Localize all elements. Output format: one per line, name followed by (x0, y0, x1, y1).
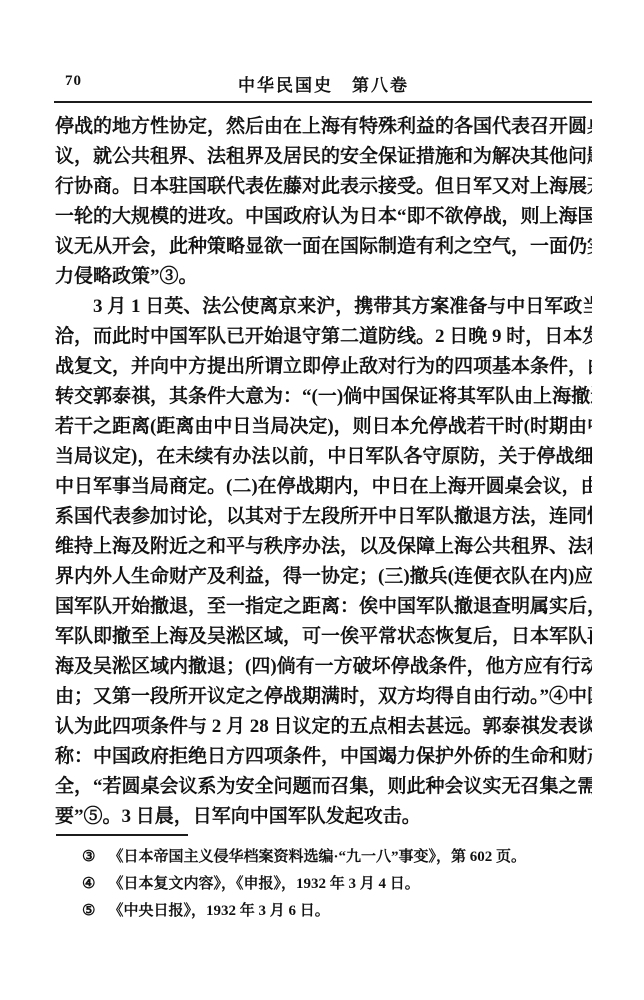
body-line: 洽，而此时中国军队已开始退守第二道防线。2 日晚 9 时，日本发出停 (55, 322, 592, 352)
body-line: 一轮的大规模的进攻。中国政府认为日本“即不欲停战，则上海国际会 (55, 202, 592, 232)
running-header: 70 中华民国史 第八卷 (55, 70, 592, 96)
page-number: 70 (65, 73, 82, 90)
footnotes: ③《日本帝国主义侵华档案资料选编·“九一八”事变》，第 602 页。 ④《日本复… (55, 844, 592, 925)
ink-speck-artifact (397, 78, 400, 81)
body-line: 由；又第一段所开议定之停战期满时，双方均得自由行动。”④中国当局 (55, 682, 592, 712)
body-text: 停战的地方性协定，然后由在上海有特殊利益的各国代表召开圆桌会 议，就公共租界、法… (55, 112, 592, 832)
footnote: ③《日本帝国主义侵华档案资料选编·“九一八”事变》，第 602 页。 (55, 844, 592, 871)
body-line: 维持上海及附近之和平与秩序办法，以及保障上海公共租界、法租界并 (55, 532, 592, 562)
body-line: 中日军事当局商定。(二)在停战期内，中日在上海开圆桌会议，由各关 (55, 472, 592, 502)
body-line: 议无从开会，此种策略显欲一面在国际制造有利之空气，一面仍实行武 (55, 232, 592, 262)
body-line: 停战的地方性协定，然后由在上海有特殊利益的各国代表召开圆桌会 (55, 112, 592, 142)
body-line: 海及吴淞区域内撤退；(四)倘有一方破坏停战条件，他方应有行动之自 (55, 652, 592, 682)
body-line: 称：中国政府拒绝日方四项条件，中国竭力保护外侨的生命和财产安 (55, 742, 592, 772)
body-line: 当局议定)，在未续有办法以前，中日军队各守原防，关于停战细目，由 (55, 442, 592, 472)
body-line: 议，就公共租界、法租界及居民的安全保证措施和为解决其他问题而进 (55, 142, 592, 172)
body-line: 要”⑤。3 日晨，日军向中国军队发起攻击。 (55, 802, 592, 832)
body-line: 转交郭泰祺，其条件大意为：“(一)倘中国保证将其军队由上海撤退至 (55, 382, 592, 412)
body-line: 力侵略政策”③。 (55, 262, 592, 292)
body-line: 认为此四项条件与 2 月 28 日议定的五点相去甚远。郭泰祺发表谈话 (55, 712, 592, 742)
body-line: 行协商。日本驻国联代表佐藤对此表示接受。但日军又对上海展开新 (55, 172, 592, 202)
body-line: 3 月 1 日英、法公使离京来沪，携带其方案准备与中日军政当局接 (55, 292, 592, 322)
running-title: 中华民国史 第八卷 (238, 71, 409, 96)
footnote-marker: ④ (82, 871, 95, 898)
footnote-marker: ⑤ (82, 898, 95, 925)
footnote-text: 《日本帝国主义侵华档案资料选编·“九一八”事变》，第 602 页。 (108, 849, 526, 865)
body-line: 国军队开始撤退，至一指定之距离：俟中国军队撤退查明属实后，日本 (55, 592, 592, 622)
header-rule (54, 101, 592, 103)
footnote-text: 《日本复文内容》，《申报》，1932 年 3 月 4 日。 (108, 876, 419, 892)
footnote-text: 《中央日报》，1932 年 3 月 6 日。 (108, 903, 329, 919)
footnote-marker: ③ (82, 844, 95, 871)
body-line: 若干之距离(距离由中日当局决定)，则日本允停战若干时(时期由中日 (55, 412, 592, 442)
footnote-rule (56, 834, 188, 836)
body-line: 界内外人生命财产及利益，得一协定；(三)撤兵(连便衣队在内)应由中 (55, 562, 592, 592)
footnote: ④《日本复文内容》，《申报》，1932 年 3 月 4 日。 (55, 871, 592, 898)
body-line: 全，“若圆桌会议系为安全问题而召集，则此种会议实无召集之需 (55, 772, 592, 802)
body-line: 战复文，并向中方提出所谓立即停止敌对行为的四项基本条件，由凯莱 (55, 352, 592, 382)
body-line: 军队即撤至上海及吴淞区域，可一俟平常状态恢复后，日本军队再由上 (55, 622, 592, 652)
book-page: 70 中华民国史 第八卷 停战的地方性协定，然后由在上海有特殊利益的各国代表召开… (0, 0, 644, 1000)
body-line: 系国代表参加讨论，以其对于左段所开中日军队撤退方法，连同恢复并 (55, 502, 592, 532)
footnote: ⑤《中央日报》，1932 年 3 月 6 日。 (55, 898, 592, 925)
